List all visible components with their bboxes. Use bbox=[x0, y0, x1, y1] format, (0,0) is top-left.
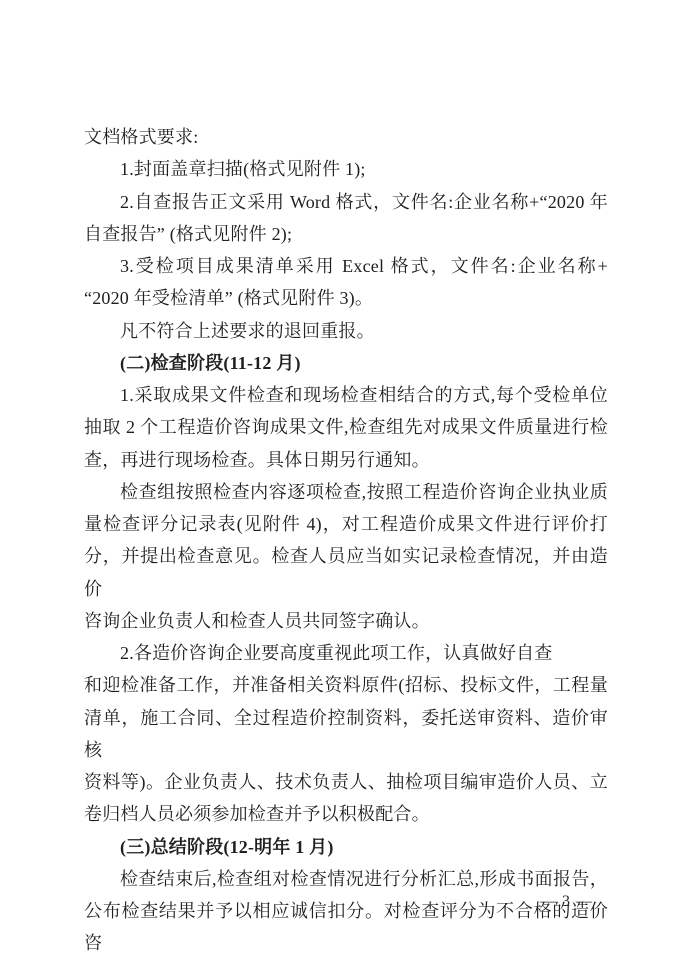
text-line: 2.自查报告正文采用 Word 格式，文件名:企业名称+“2020 年 bbox=[84, 186, 608, 218]
text-line: 卷归档人员必须参加检查并予以积极配合。 bbox=[84, 798, 608, 830]
text-line: 查，再进行现场检查。具体日期另行通知。 bbox=[84, 444, 608, 476]
text-line: 凡不符合上述要求的退回重报。 bbox=[84, 315, 608, 347]
para-format-requirements-intro: 文档格式要求: bbox=[84, 121, 608, 153]
text-line: 咨询企业负责人和检查人员共同签字确认。 bbox=[84, 605, 608, 637]
document-page: 文档格式要求:1.封面盖章扫描(格式见附件 1);2.自查报告正文采用 Word… bbox=[0, 0, 680, 962]
text-line: 检查结束后,检查组对检查情况进行分析汇总,形成书面报告， bbox=[84, 863, 608, 895]
text-line: 公布检查结果并予以相应诚信扣分。对检查评分为不合格的造价咨 bbox=[84, 895, 608, 960]
text-line: 1.采取成果文件检查和现场检查相结合的方式,每个受检单位 bbox=[84, 379, 608, 411]
text-line: 资料等)。企业负责人、技术负责人、抽检项目编审造价人员、立 bbox=[84, 766, 608, 798]
text-line: 1.封面盖章扫描(格式见附件 1); bbox=[84, 153, 608, 185]
para-format-item-3: 3.受检项目成果清单采用 Excel 格式，文件名:企业名称+“2020 年受检… bbox=[84, 250, 608, 315]
text-line: 自查报告” (格式见附件 2); bbox=[84, 218, 608, 250]
text-line: 清单，施工合同、全过程造价控制资料，委托送审资料、造价审核 bbox=[84, 702, 608, 767]
page-number: — 3 — bbox=[540, 893, 593, 911]
para-phase2-procedure: 检查组按照检查内容逐项检查,按照工程造价咨询企业执业质量检查评分记录表(见附件 … bbox=[84, 476, 608, 637]
text-line: 分，并提出检查意见。检查人员应当如实记录检查情况，并由造价 bbox=[84, 540, 608, 605]
para-phase3-detail: 检查结束后,检查组对检查情况进行分析汇总,形成书面报告，公布检查结果并予以相应诚… bbox=[84, 863, 608, 960]
heading-phase-3-summary: (三)总结阶段(12-明年 1 月) bbox=[84, 831, 608, 863]
text-line: (三)总结阶段(12-明年 1 月) bbox=[84, 831, 608, 863]
text-line: 2.各造价咨询企业要高度重视此项工作，认真做好自查 bbox=[84, 637, 608, 669]
para-rejection-note: 凡不符合上述要求的退回重报。 bbox=[84, 315, 608, 347]
text-line: 3.受检项目成果清单采用 Excel 格式，文件名:企业名称+ bbox=[84, 250, 608, 282]
document-body: 文档格式要求:1.封面盖章扫描(格式见附件 1);2.自查报告正文采用 Word… bbox=[84, 121, 608, 960]
para-phase2-item-2: 2.各造价咨询企业要高度重视此项工作，认真做好自查和迎检准备工作，并准备相关资料… bbox=[84, 637, 608, 831]
text-line: 抽取 2 个工程造价咨询成果文件,检查组先对成果文件质量进行检 bbox=[84, 411, 608, 443]
text-line: 文档格式要求: bbox=[84, 121, 608, 153]
heading-phase-2-inspection: (二)检查阶段(11-12 月) bbox=[84, 347, 608, 379]
para-format-item-1: 1.封面盖章扫描(格式见附件 1); bbox=[84, 153, 608, 185]
text-line: 量检查评分记录表(见附件 4)，对工程造价成果文件进行评价打 bbox=[84, 508, 608, 540]
para-phase2-item-1: 1.采取成果文件检查和现场检查相结合的方式,每个受检单位抽取 2 个工程造价咨询… bbox=[84, 379, 608, 476]
text-line: 检查组按照检查内容逐项检查,按照工程造价咨询企业执业质 bbox=[84, 476, 608, 508]
text-line: “2020 年受检清单” (格式见附件 3)。 bbox=[84, 282, 608, 314]
para-format-item-2: 2.自查报告正文采用 Word 格式，文件名:企业名称+“2020 年自查报告”… bbox=[84, 186, 608, 251]
text-line: 和迎检准备工作，并准备相关资料原件(招标、投标文件，工程量 bbox=[84, 669, 608, 701]
text-line: (二)检查阶段(11-12 月) bbox=[84, 347, 608, 379]
